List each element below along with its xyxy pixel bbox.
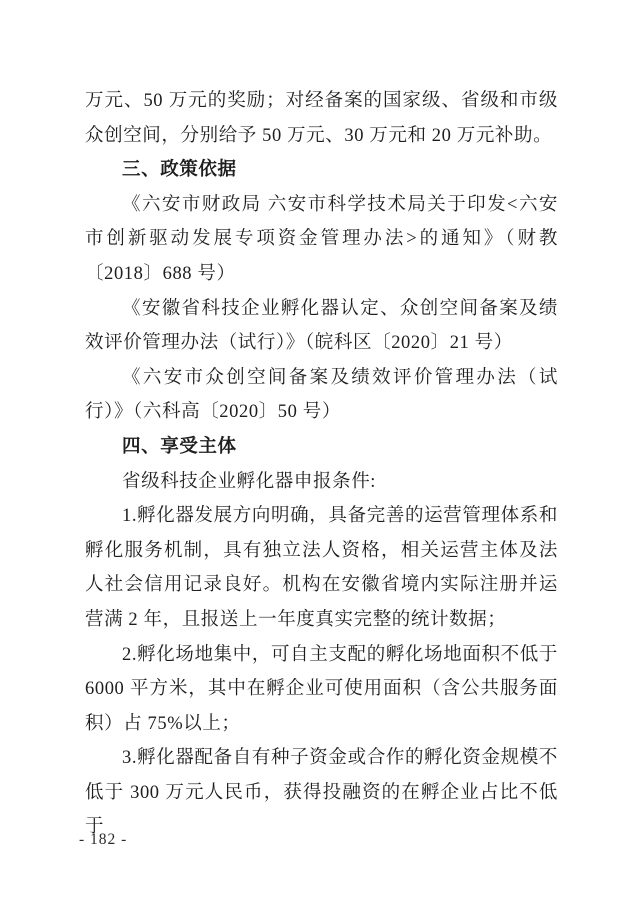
paragraph-condition-3: 3.孵化器配备自有种子资金或合作的孵化资金规模不低于 300 万元人民币，获得投… xyxy=(85,741,558,845)
page-number: - 182 - xyxy=(79,831,127,849)
paragraph-award-continuation: 万元、50 万元的奖励；对经备案的国家级、省级和市级众创空间，分别给予 50 万… xyxy=(85,84,558,153)
document-body: 万元、50 万元的奖励；对经备案的国家级、省级和市级众创空间，分别给予 50 万… xyxy=(85,84,558,845)
paragraph-policy-doc-liukegao-2020-50: 《六安市众创空间备案及绩效评价管理办法（试行）》（六科高〔2020〕50 号） xyxy=(85,361,558,430)
paragraph-policy-doc-wankequ-2020-21: 《安徽省科技企业孵化器认定、众创空间备案及绩效评价管理办法（试行）》（皖科区〔2… xyxy=(85,292,558,361)
paragraph-condition-1: 1.孵化器发展方向明确，具备完善的运营管理体系和孵化服务机制，具有独立法人资格，… xyxy=(85,499,558,637)
section-heading-eligible-subjects: 四、享受主体 xyxy=(85,430,558,465)
section-heading-policy-basis: 三、政策依据 xyxy=(85,153,558,188)
paragraph-policy-doc-caijiao-2018-688: 《六安市财政局 六安市科学技术局关于印发<六安市创新驱动发展专项资金管理办法>的… xyxy=(85,188,558,292)
paragraph-condition-2: 2.孵化场地集中，可自主支配的孵化场地面积不低于 6000 平方米，其中在孵企业… xyxy=(85,638,558,742)
document-page: 万元、50 万元的奖励；对经备案的国家级、省级和市级众创空间，分别给予 50 万… xyxy=(0,0,642,907)
paragraph-application-conditions-intro: 省级科技企业孵化器申报条件: xyxy=(85,465,558,500)
